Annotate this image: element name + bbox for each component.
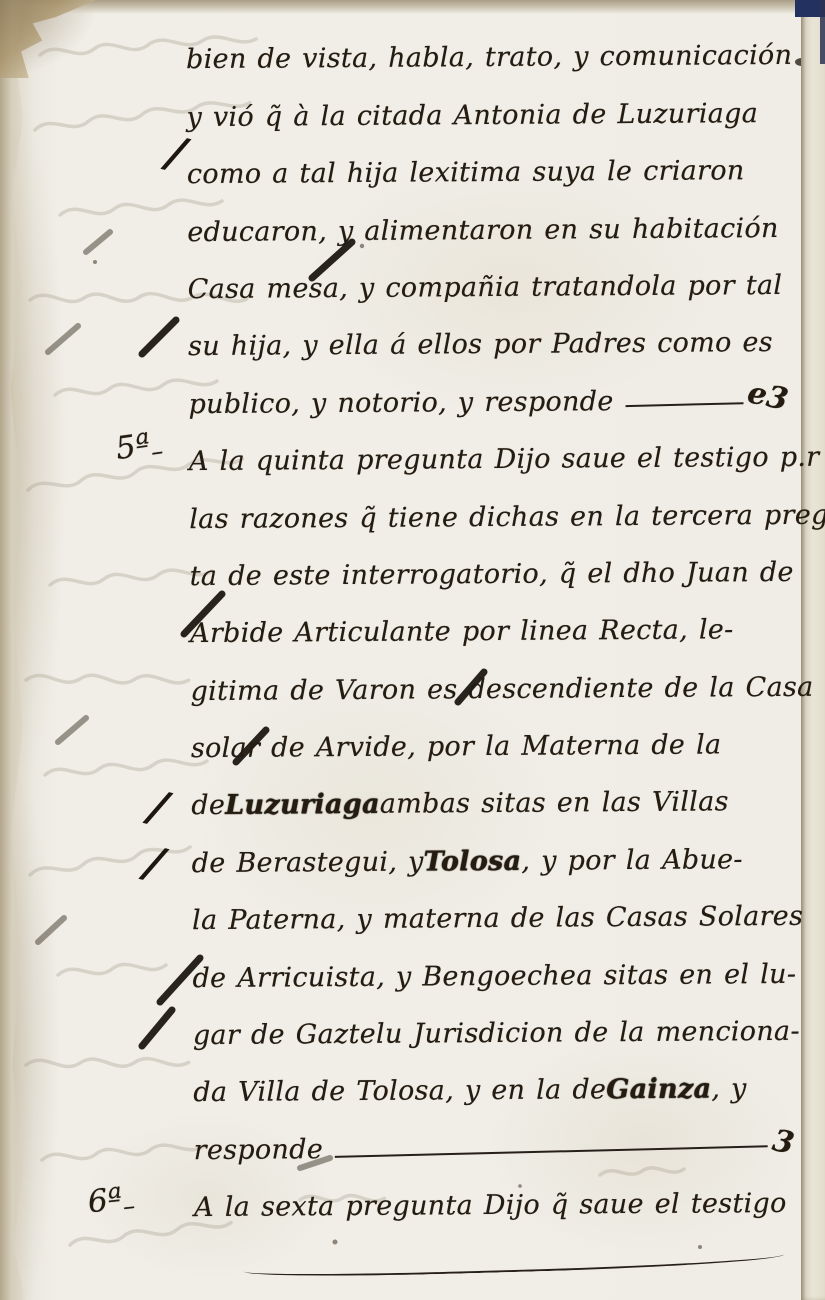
margin-question-number-5: 5ª– — [113, 425, 165, 471]
manuscript-line: de Berastegui, y Tolosa, y por la Abue- — [191, 815, 791, 877]
manuscript-line: educaron, y alimentaron en su habitación — [187, 184, 787, 246]
manuscript-line: A la sexta pregunta Dijo q̃ saue el test… — [194, 1160, 794, 1222]
manuscript-line: Casa mesa, y compañia tratandola por tal — [187, 241, 787, 303]
flourish-end-mark: 3 — [770, 1126, 797, 1160]
manuscript-line: gar de Gaztelu Jurisdicion de la mencion… — [193, 988, 793, 1050]
manuscript-line: Arbide Articulante por linea Recta, le- — [190, 586, 790, 648]
manuscript-line: de Luzuriaga ambas sitas en las Villas — [191, 758, 791, 820]
manuscript-line: su hija, y ella á ellos por Padres como … — [188, 299, 788, 361]
manuscript-line: gitima de Varon es descendiente de la Ca… — [190, 643, 790, 705]
manuscript-line: bien de vista, habla, trato, y comunicac… — [186, 12, 786, 74]
manuscript-line: publico, y notorio, y respondee3 — [188, 356, 788, 418]
emphasized-place-name: Gainza — [606, 1076, 711, 1104]
manuscript-line: responde3 — [193, 1102, 793, 1164]
manuscript-line: da Villa de Tolosa, y en la de Gainza, y — [193, 1045, 793, 1107]
manuscript-line: las razones q̃ tiene dichas en la tercer… — [189, 471, 789, 533]
manuscript-line: como a tal hija lexitima suya le criaron — [187, 127, 787, 189]
emphasized-place-name: Tolosa — [424, 848, 522, 876]
manuscript-line: ta de este interrogatorio, q̃ el dho Jua… — [189, 528, 789, 590]
emphasized-place-name: Luzuriaga — [225, 791, 380, 819]
manuscript-line: A la quinta pregunta Dijo saue el testig… — [189, 414, 789, 476]
flourish-end-mark: e3 — [745, 378, 791, 416]
margin-question-number-6: 6ª– — [86, 1180, 136, 1225]
manuscript-page-scan: 5ª– 6ª– ∕ ∕ ∕ bien de vista, habla, trat… — [0, 0, 825, 1300]
manuscript-line: de Arricuista, y Bengoechea sitas en el … — [192, 930, 792, 992]
scan-background-sliver — [820, 0, 825, 64]
manuscript-line: la Paterna, y materna de las Casas Solar… — [192, 873, 792, 935]
adjacent-page-edge — [801, 0, 825, 1300]
manuscript-line: y vió q̃ à la citada Antonia de Luzuriag… — [186, 69, 786, 131]
flourish-rule — [626, 402, 744, 407]
manuscript-line: solar de Arvide, por la Materna de la — [191, 701, 791, 763]
manuscript-text-column: bien de vista, habla, trato, y comunicac… — [186, 12, 794, 1221]
flourish-rule — [335, 1145, 768, 1158]
